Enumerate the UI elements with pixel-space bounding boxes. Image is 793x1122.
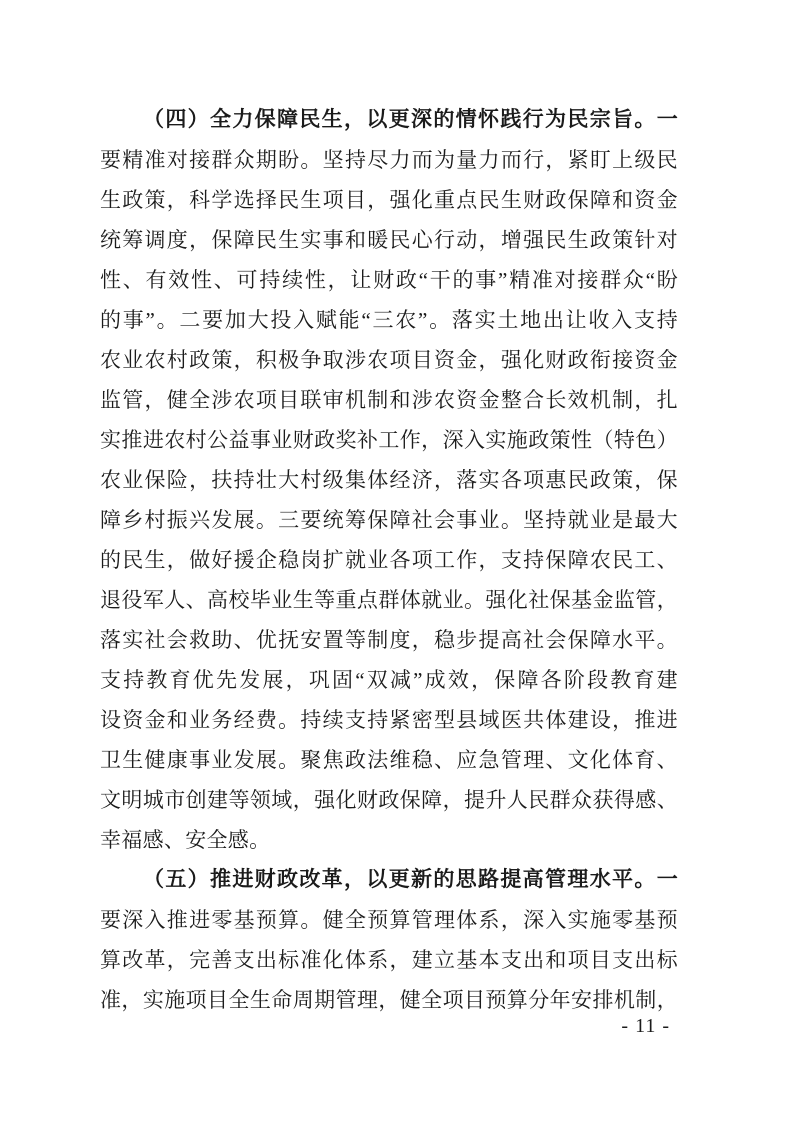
text-line: 设资金和业务经费。持续支持紧密型县域医共体建设，推进 [100, 700, 678, 740]
document-page: （四）全力保障民生，以更深的情怀践行为民宗旨。一要精准对接群众期盼。坚持尽力而为… [0, 0, 793, 1122]
text-line: 的民生，做好援企稳岗扩就业各项工作，支持保障农民工、 [100, 540, 678, 580]
text-line: 算改革，完善支出标准化体系，建立基本支出和项目支出标 [100, 940, 678, 980]
text-line: 退役军人、高校毕业生等重点群体就业。强化社保基金监管， [100, 580, 678, 620]
text-line: 卫生健康事业发展。聚焦政法维稳、应急管理、文化体育、 [100, 740, 678, 780]
text-line: 要精准对接群众期盼。坚持尽力而为量力而行，紧盯上级民 [100, 140, 678, 180]
text-line: 幸福感、安全感。 [100, 820, 678, 860]
text-line: 农业农村政策，积极争取涉农项目资金，强化财政衔接资金 [100, 340, 678, 380]
page-number: - 11 - [100, 1013, 670, 1039]
text-line: 要深入推进零基预算。健全预算管理体系，深入实施零基预 [100, 900, 678, 940]
text-line: 障乡村振兴发展。三要统筹保障社会事业。坚持就业是最大 [100, 500, 678, 540]
text-line: 实推进农村公益事业财政奖补工作，深入实施政策性（特色） [100, 420, 678, 460]
text-line: 的事”。二要加大投入赋能“三农”。落实土地出让收入支持 [100, 300, 678, 340]
text-block: （四）全力保障民生，以更深的情怀践行为民宗旨。一要精准对接群众期盼。坚持尽力而为… [100, 100, 678, 1020]
text-line: 生政策，科学选择民生项目，强化重点民生财政保障和资金 [100, 180, 678, 220]
text-line: 支持教育优先发展，巩固“双减”成效，保障各阶段教育建 [100, 660, 678, 700]
text-line: 统筹调度，保障民生实事和暖民心行动，增强民生政策针对 [100, 220, 678, 260]
text-line: （五）推进财政改革，以更新的思路提高管理水平。一 [100, 860, 678, 900]
text-line: 落实社会救助、优抚安置等制度，稳步提高社会保障水平。 [100, 620, 678, 660]
text-line: 农业保险，扶持壮大村级集体经济，落实各项惠民政策，保 [100, 460, 678, 500]
text-line: 文明城市创建等领域，强化财政保障，提升人民群众获得感、 [100, 780, 678, 820]
text-line: 性、有效性、可持续性，让财政“干的事”精准对接群众“盼 [100, 260, 678, 300]
text-line: 监管，健全涉农项目联审机制和涉农资金整合长效机制，扎 [100, 380, 678, 420]
paragraph-section-5: （五）推进财政改革，以更新的思路提高管理水平。一要深入推进零基预算。健全预算管理… [100, 860, 678, 1020]
paragraph-section-4: （四）全力保障民生，以更深的情怀践行为民宗旨。一要精准对接群众期盼。坚持尽力而为… [100, 100, 678, 860]
text-line: （四）全力保障民生，以更深的情怀践行为民宗旨。一 [100, 100, 678, 140]
